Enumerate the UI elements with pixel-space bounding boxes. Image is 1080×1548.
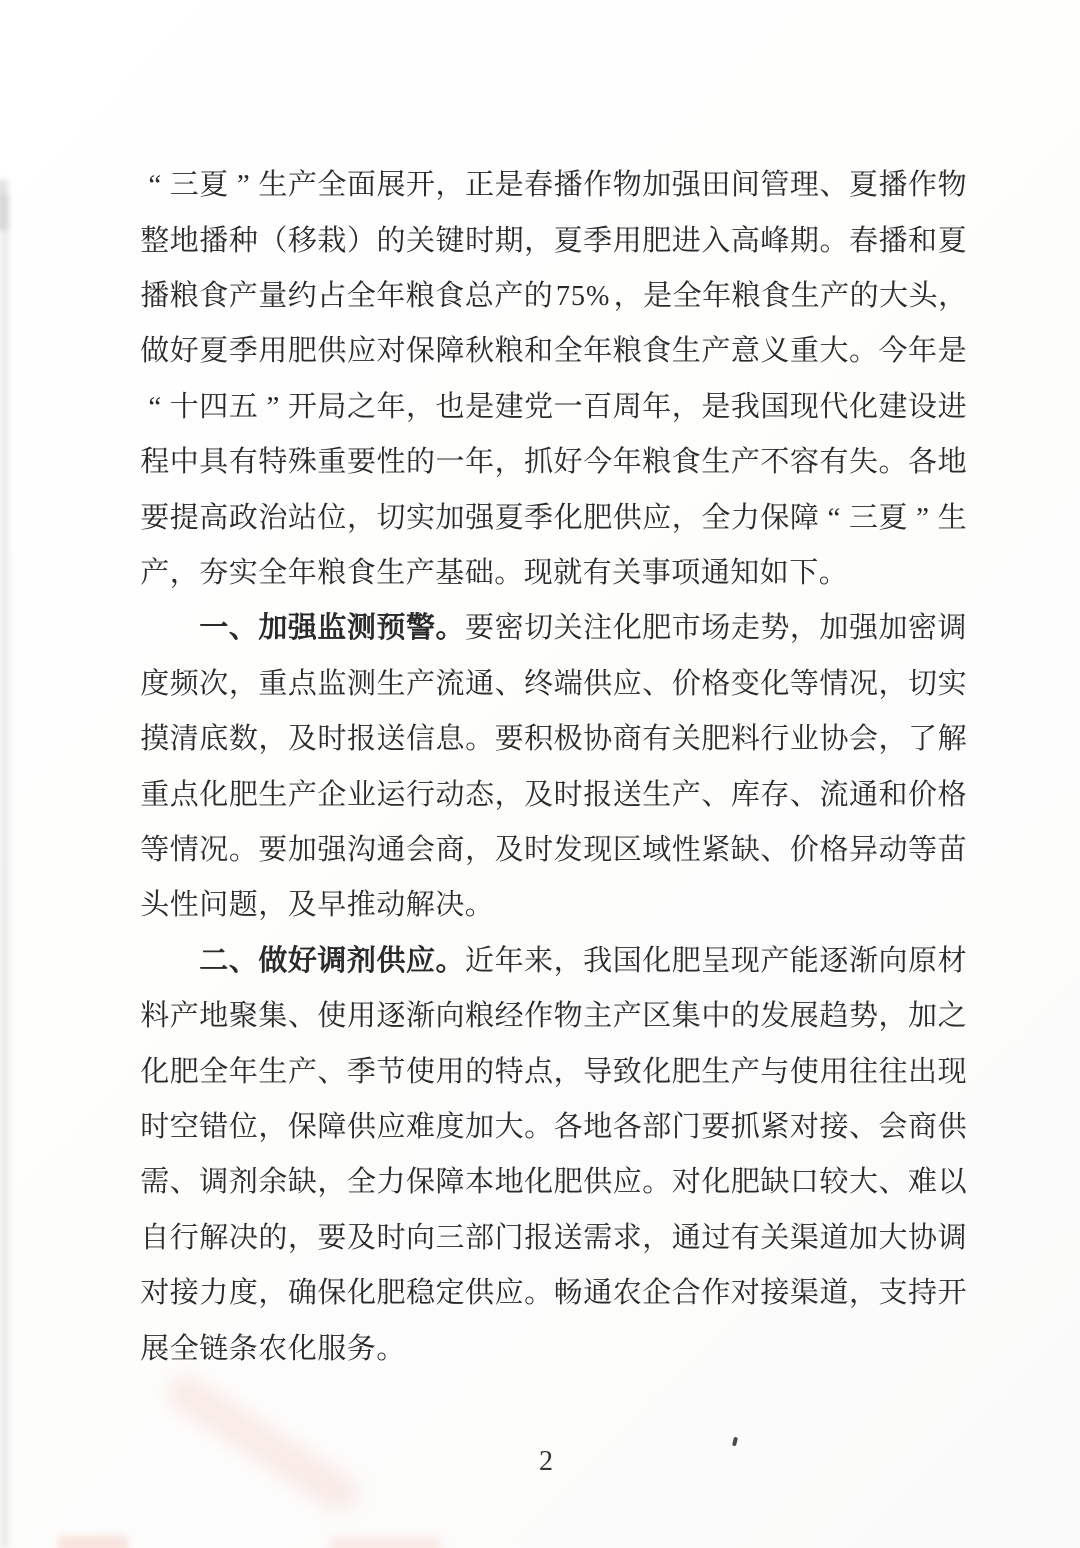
body-character: 商: [435, 833, 465, 868]
body-character: 送: [376, 722, 406, 757]
body-character: 。: [878, 445, 908, 480]
body-character: 代: [819, 390, 849, 425]
body-character: 化: [524, 1165, 554, 1200]
body-character: 极: [553, 722, 583, 757]
heading-character: 好: [288, 944, 318, 979]
body-character: 动: [435, 778, 465, 813]
body-character: 关: [672, 722, 702, 757]
body-character: “: [819, 501, 849, 536]
body-character: 向: [878, 944, 908, 979]
body-character: 沟: [347, 833, 377, 868]
body-character: 现: [524, 556, 554, 591]
body-character: 用: [347, 999, 377, 1034]
body-character: 建: [494, 390, 524, 425]
body-character: 解: [937, 722, 967, 757]
body-character: 切: [376, 501, 406, 536]
body-character: 道: [819, 1276, 849, 1311]
body-character: 要: [317, 1221, 347, 1256]
body-character: 条: [229, 1332, 259, 1367]
body-character: 的: [731, 999, 761, 1034]
body-character: 食: [672, 445, 702, 480]
body-character: 年: [376, 279, 406, 314]
body-character: 肥: [672, 944, 702, 979]
body-character: 力: [731, 501, 761, 536]
body-character: 政: [229, 501, 259, 536]
body-character: 粮: [170, 279, 200, 314]
body-character: 格: [937, 778, 967, 813]
body-character: 三: [435, 1221, 465, 1256]
body-character: 送: [553, 1221, 583, 1256]
body-character: 集: [258, 999, 288, 1034]
body-character: 逐: [376, 999, 406, 1034]
page-number: 2: [528, 1446, 564, 1478]
body-character: 应: [642, 501, 672, 536]
body-character: 门: [672, 1110, 702, 1145]
body-character: 大: [849, 1165, 879, 1200]
body-character: 逐: [819, 944, 849, 979]
body-character: 基: [435, 556, 465, 591]
body-character: 播: [878, 224, 908, 259]
body-character: 供: [583, 667, 613, 702]
body-character: 年: [642, 390, 672, 425]
text-line: 自行解决的，要及时向三部门报送需求，通过有关渠道加大协调: [140, 1210, 967, 1265]
body-character: 年: [465, 445, 495, 480]
body-character: 。: [524, 1110, 554, 1145]
body-character: 区: [613, 833, 643, 868]
paragraph-indent: [140, 628, 199, 629]
body-character: 剂: [229, 1165, 259, 1200]
text-line: 头性问题，及早推动解决。: [140, 878, 967, 933]
body-character: 季: [229, 334, 259, 369]
body-character: 粮: [642, 445, 672, 480]
body-character: 异: [849, 833, 879, 868]
body-character: 现: [790, 390, 820, 425]
body-character: 产: [288, 168, 318, 203]
body-character: 数: [229, 722, 259, 757]
body-character: 态: [465, 778, 495, 813]
body-character: 党: [524, 390, 554, 425]
body-character: 口: [790, 1165, 820, 1200]
body-character: 对: [672, 1165, 702, 1200]
body-character: 发: [553, 833, 583, 868]
body-character: 通: [701, 556, 731, 591]
body-character: 播: [878, 168, 908, 203]
body-character: 的: [849, 279, 879, 314]
body-character: 解: [406, 888, 436, 923]
body-character: 、: [790, 778, 820, 813]
body-character: 大: [494, 1110, 524, 1145]
body-character: 决: [229, 1221, 259, 1256]
body-character: 展: [376, 168, 406, 203]
body-character: 理: [790, 168, 820, 203]
body-character: 点: [524, 1055, 554, 1090]
body-character: 75%: [553, 280, 613, 314]
body-character: 切: [908, 667, 938, 702]
body-character: 。: [819, 556, 849, 591]
body-character: 殊: [288, 445, 318, 480]
body-character: 特: [258, 445, 288, 480]
body-character: 对: [731, 1276, 761, 1311]
body-character: 产: [494, 279, 524, 314]
body-character: 地: [170, 224, 200, 259]
body-character: 肥: [583, 501, 613, 536]
body-character: 夏: [937, 224, 967, 259]
body-character: 重: [790, 334, 820, 369]
body-character: 粮: [406, 279, 436, 314]
body-character: 关: [553, 611, 583, 646]
body-character: 场: [701, 611, 731, 646]
body-character: 调: [937, 1221, 967, 1256]
body-character: 、: [288, 999, 318, 1034]
body-character: 出: [908, 1055, 938, 1090]
body-character: ”: [229, 168, 259, 203]
body-character: 加: [435, 501, 465, 536]
body-character: 知: [730, 556, 760, 591]
text-line: 摸清底数，及时报送信息。要积极协商有关肥料行业协会，了解: [140, 712, 967, 767]
body-character: 是: [465, 390, 495, 425]
text-line: 一、加强监测预警。要密切关注化肥市场走势，加强加密调: [140, 601, 967, 656]
body-character: 有: [731, 1221, 761, 1256]
heading-character: 做: [258, 944, 288, 979]
body-character: 存: [760, 778, 790, 813]
body-character: 抓: [524, 445, 554, 480]
body-character: 要: [494, 722, 524, 757]
body-character: 食: [199, 279, 229, 314]
body-character: 。: [465, 888, 495, 923]
body-character: 势: [849, 999, 879, 1034]
body-character: 、: [701, 778, 731, 813]
body-character: 稳: [406, 1276, 436, 1311]
body-character: 变: [731, 667, 761, 702]
body-character: ，: [878, 667, 908, 702]
body-character: 粮: [465, 999, 495, 1034]
body-character: 苗: [937, 833, 967, 868]
body-character: 产: [613, 999, 643, 1034]
body-character: ，: [258, 1110, 288, 1145]
body-character: 产: [406, 667, 436, 702]
body-character: 年: [376, 390, 406, 425]
body-character: 物: [553, 999, 583, 1034]
document-body: “三夏”生产全面展开，正是春播作物加强田间管理、夏播作物整地播种（移栽）的关键时…: [140, 158, 967, 1377]
body-character: 全: [672, 279, 702, 314]
body-character: 项: [671, 556, 701, 591]
heading-character: 。: [435, 611, 465, 646]
body-character: 。: [465, 722, 495, 757]
body-character: 注: [583, 611, 613, 646]
body-character: 春: [524, 168, 554, 203]
body-character: 实: [937, 667, 967, 702]
body-character: 量: [258, 279, 288, 314]
body-character: 测: [347, 667, 377, 702]
body-character: 缺: [731, 833, 761, 868]
body-character: 夯: [199, 556, 229, 591]
body-character: 开: [288, 390, 318, 425]
body-character: 入: [701, 224, 731, 259]
heading-character: 监: [317, 611, 347, 646]
text-line: “十四五”开局之年，也是建党一百周年，是我国现代化建设进: [140, 380, 967, 435]
body-character: 往: [878, 1055, 908, 1090]
body-character: 抓: [731, 1110, 761, 1145]
body-character: 调: [937, 611, 967, 646]
body-character: 事: [642, 556, 672, 591]
heading-character: 、: [229, 611, 259, 646]
body-character: 播: [199, 224, 229, 259]
body-character: 好: [553, 445, 583, 480]
body-character: 的: [376, 224, 406, 259]
body-character: 题: [229, 888, 259, 923]
body-character: 、: [642, 667, 672, 702]
body-character: 门: [494, 1221, 524, 1256]
body-character: 市: [672, 611, 702, 646]
body-character: 键: [435, 224, 465, 259]
body-character: 业: [790, 722, 820, 757]
body-character: 等: [140, 833, 170, 868]
body-character: 加: [819, 611, 849, 646]
body-character: 高: [199, 501, 229, 536]
body-character: ，: [524, 224, 554, 259]
body-character: 密: [494, 611, 524, 646]
body-character: 头: [140, 888, 170, 923]
body-character: 、: [760, 833, 790, 868]
text-line: 需、调剂余缺，全力保障本地化肥供应。对化肥缺口较大、难以: [140, 1155, 967, 1210]
body-character: 实: [406, 501, 436, 536]
text-line: 程中具有特殊重要性的一年，抓好今年粮食生产不容有失。各地: [140, 435, 967, 490]
body-character: ，: [494, 778, 524, 813]
body-character: 紧: [701, 833, 731, 868]
body-character: 容: [790, 445, 820, 480]
body-character: 季: [583, 224, 613, 259]
body-character: 生: [258, 1055, 288, 1090]
body-character: 播: [553, 168, 583, 203]
body-character: 发: [760, 999, 790, 1034]
body-character: 用: [258, 334, 288, 369]
body-character: 各: [908, 445, 938, 480]
body-character: 了: [908, 722, 938, 757]
body-character: 化: [642, 944, 672, 979]
body-character: 物: [613, 168, 643, 203]
body-character: 肥: [642, 224, 672, 259]
body-character: 头: [908, 279, 938, 314]
heading-character: 强: [288, 611, 318, 646]
body-character: 如: [760, 556, 790, 591]
heading-character: 应: [406, 944, 436, 979]
body-character: 流: [435, 667, 465, 702]
body-character: 通: [672, 1221, 702, 1256]
body-character: 总: [465, 279, 495, 314]
body-character: 有: [229, 445, 259, 480]
body-character: 渐: [406, 999, 436, 1034]
body-character: 积: [524, 722, 554, 757]
body-character: 产: [820, 279, 850, 314]
body-character: 缺: [760, 1165, 790, 1200]
body-character: 报: [524, 1221, 554, 1256]
body-character: 用: [613, 224, 643, 259]
body-character: 、: [494, 667, 524, 702]
body-character: 程: [140, 445, 170, 480]
body-character: 化: [347, 1276, 377, 1311]
body-character: 次: [199, 667, 229, 702]
body-character: 接: [760, 1276, 790, 1311]
body-character: 意: [731, 334, 761, 369]
body-character: 化: [612, 611, 642, 646]
body-character: 期: [494, 224, 524, 259]
scan-edge-shading: [0, 195, 9, 1548]
body-character: 产: [672, 778, 702, 813]
body-character: 食: [642, 334, 672, 369]
body-character: 产: [229, 279, 259, 314]
body-character: 定: [435, 1276, 465, 1311]
body-character: 。: [376, 1332, 406, 1367]
body-character: 开: [406, 168, 436, 203]
body-character: 产: [140, 556, 170, 591]
text-line: 二、做好调剂供应。近年来，我国化肥呈现产能逐渐向原材: [140, 933, 967, 988]
body-character: 畅: [553, 1276, 583, 1311]
body-character: 进: [937, 390, 967, 425]
body-character: 向: [435, 999, 465, 1034]
body-character: 一: [435, 445, 465, 480]
body-character: 保: [760, 501, 790, 536]
body-character: 作: [524, 999, 554, 1034]
body-character: 化: [288, 1332, 318, 1367]
body-character: 强: [317, 833, 347, 868]
body-character: 保: [288, 1110, 318, 1145]
body-character: 协: [583, 722, 613, 757]
body-character: 三: [170, 168, 200, 203]
scan-edge-shading: [0, 180, 8, 230]
body-character: 性: [170, 888, 200, 923]
body-character: 面: [347, 168, 377, 203]
text-line: 播粮食产量约占全年粮食总产的75%，是全年粮食生产的大头，: [140, 269, 967, 324]
body-character: 肥: [553, 1165, 583, 1200]
body-character: 难: [908, 1165, 938, 1200]
body-character: 粮: [613, 334, 643, 369]
body-character: 摸: [140, 722, 170, 757]
body-character: ，: [553, 944, 583, 979]
body-character: 产: [288, 778, 318, 813]
body-character: 全: [199, 1055, 229, 1090]
text-line: “三夏”生产全面展开，正是春播作物加强田间管理、夏播作物: [140, 158, 967, 213]
text-line: 料产地聚集、使用逐渐向粮经作物主产区集中的发展趋势，加之: [140, 989, 967, 1044]
body-character: 今: [878, 334, 908, 369]
body-character: 肥: [376, 1276, 406, 1311]
body-character: 确: [288, 1276, 318, 1311]
text-line: 时空错位，保障供应难度加大。各地各部门要抓紧对接、会商供: [140, 1100, 967, 1155]
body-character: 特: [494, 1055, 524, 1090]
body-character: 产: [406, 556, 436, 591]
body-character: 缺: [288, 1165, 318, 1200]
body-character: 价: [672, 667, 702, 702]
body-character: 中: [170, 445, 200, 480]
body-character: 供: [347, 1110, 377, 1145]
body-character: 情: [819, 667, 849, 702]
body-character: 区: [642, 999, 672, 1034]
body-character: 渠: [790, 1221, 820, 1256]
body-character: 决: [435, 888, 465, 923]
body-character: 展: [140, 1332, 170, 1367]
body-character: 肥: [701, 722, 731, 757]
body-character: 对: [790, 1110, 820, 1145]
body-character: 导: [583, 1055, 613, 1090]
body-character: ，: [258, 1276, 288, 1311]
body-character: 商: [908, 1110, 938, 1145]
body-character: 会: [878, 1110, 908, 1145]
body-character: 时: [553, 778, 583, 813]
body-character: 百: [583, 390, 613, 425]
body-character: 链: [199, 1332, 229, 1367]
body-character: 道: [819, 1221, 849, 1256]
body-character: 行: [760, 722, 790, 757]
body-character: 要: [140, 501, 170, 536]
body-character: 及: [494, 833, 524, 868]
body-character: 时: [140, 1110, 170, 1145]
body-character: 重: [317, 445, 347, 480]
body-character: 约: [288, 279, 318, 314]
body-character: 较: [819, 1165, 849, 1200]
body-character: 正: [465, 168, 495, 203]
body-character: ，: [258, 888, 288, 923]
body-character: 生: [376, 556, 406, 591]
body-character: 治: [258, 501, 288, 536]
body-character: 是: [494, 168, 524, 203]
body-character: 监: [317, 667, 347, 702]
body-character: 余: [258, 1165, 288, 1200]
body-character: 渠: [790, 1276, 820, 1311]
body-character: 现: [731, 944, 761, 979]
body-character: ，: [494, 445, 524, 480]
body-character: 各: [553, 1110, 583, 1145]
heading-character: 预: [376, 611, 406, 646]
body-character: 我: [583, 944, 613, 979]
body-character: 粮: [731, 279, 761, 314]
body-character: ，: [878, 999, 908, 1034]
body-character: 用: [819, 1055, 849, 1090]
body-character: 运: [376, 778, 406, 813]
body-character: 生: [258, 168, 288, 203]
body-character: 用: [435, 1055, 465, 1090]
body-character: 年: [288, 556, 318, 591]
body-character: 整: [140, 224, 170, 259]
body-character: 清: [170, 722, 200, 757]
body-character: 需: [583, 1221, 613, 1256]
body-character: （: [258, 224, 288, 259]
body-character: 保: [406, 1165, 436, 1200]
body-character: 全: [347, 279, 377, 314]
body-character: 底: [199, 722, 229, 757]
body-character: 节: [376, 1055, 406, 1090]
body-character: 、: [819, 168, 849, 203]
body-character: 夏: [199, 168, 229, 203]
body-character: 年: [908, 334, 938, 369]
body-character: 和: [524, 334, 554, 369]
body-character: 我: [731, 390, 761, 425]
body-character: 情: [170, 833, 200, 868]
body-character: 。: [494, 556, 524, 591]
body-character: 推: [347, 888, 377, 923]
body-character: 障: [790, 501, 820, 536]
body-character: 是: [643, 279, 673, 314]
body-character: 产: [170, 999, 200, 1034]
body-character: 就: [553, 556, 583, 591]
body-character: 局: [317, 390, 347, 425]
body-character: 接: [170, 1276, 200, 1311]
body-character: 肥: [642, 611, 672, 646]
body-character: 肥: [288, 334, 318, 369]
body-character: 地: [583, 1110, 613, 1145]
body-character: 渐: [849, 944, 879, 979]
body-character: 来: [524, 944, 554, 979]
body-character: 集: [672, 999, 702, 1034]
body-character: 重: [258, 667, 288, 702]
